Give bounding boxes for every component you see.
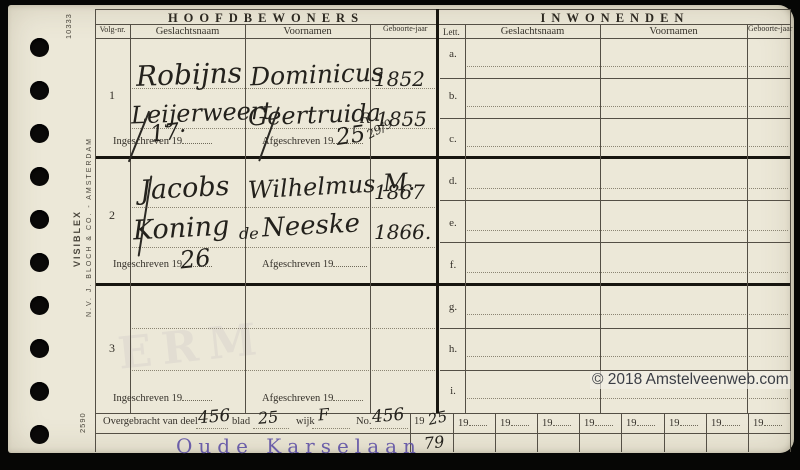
footer-cell-line [621, 413, 622, 452]
writing-line [467, 314, 788, 315]
dotted-leader [333, 257, 367, 267]
form-number-top: 10333 [64, 13, 73, 39]
lett-row-c: c. [442, 133, 464, 145]
column-line [130, 24, 131, 413]
year-cell-label: 19 [669, 418, 680, 429]
col-lett: Lett. [443, 27, 460, 37]
col-voornamen-right: Voornamen [600, 26, 747, 37]
section-divider [95, 283, 790, 286]
year-cell-label: 19 [753, 418, 764, 429]
dotted-leader [511, 416, 529, 426]
lett-row-d: d. [442, 175, 464, 187]
afgeschreven-field: Afgeschreven 19 [262, 391, 363, 404]
section-divider [95, 156, 790, 159]
dotted-leader [637, 416, 655, 426]
entry-year: 1867 [374, 180, 425, 204]
footer-cell-line [748, 413, 749, 452]
overgebracht-label: Overgebracht van deel [103, 416, 198, 427]
year-cell: 19 [669, 416, 698, 429]
rule [95, 9, 790, 10]
dotted-leader [764, 416, 782, 426]
volgnr-2: 2 [97, 208, 127, 223]
footer-cell-line [537, 413, 538, 452]
col-geslachtsnaam-right: Geslachtsnaam [465, 26, 600, 37]
column-line [747, 24, 748, 413]
year-cell-prefix: 19 [414, 416, 425, 427]
dotted-leader [680, 416, 698, 426]
footer-cell-line [579, 413, 580, 452]
entry-surname: Koning [132, 210, 230, 246]
brand-company: N.V. J. BLOCH & CO. - AMSTERDAM [86, 137, 93, 317]
center-divider [436, 9, 439, 413]
dotted-leader [722, 416, 740, 426]
year-cell: 19 [753, 416, 782, 429]
writing-line [467, 66, 788, 67]
footer-cell-line [495, 413, 496, 452]
dotted-leader [595, 416, 613, 426]
punch-hole [30, 210, 49, 229]
column-line [465, 24, 466, 413]
no-value: 456 [371, 405, 405, 428]
lett-row-h: h. [442, 343, 464, 355]
afgeschreven-field: Afgeschreven 19 [262, 257, 367, 270]
writing-line [467, 230, 788, 231]
year-cell-label: 19 [626, 418, 637, 429]
wijk-value: F [317, 405, 330, 425]
lett-row-f: f. [442, 259, 464, 271]
writing-line [467, 398, 788, 399]
dotted-leader [196, 428, 228, 429]
dotted-leader [553, 416, 571, 426]
afgeschreven-note-letter: R [360, 111, 371, 127]
entry-prefix: de [239, 224, 259, 243]
writing-line [467, 356, 788, 357]
writing-line [467, 106, 788, 107]
entry-surname: Jacobs [139, 171, 230, 207]
lett-row-g: g. [442, 301, 464, 313]
wijk-label: wijk [296, 416, 315, 427]
year-cell-label: 19 [500, 418, 511, 429]
punch-hole [30, 167, 49, 186]
year-cell: 19 [711, 416, 740, 429]
rule [440, 118, 790, 119]
blad-label: blad [232, 416, 250, 427]
brand-name: VISIBLEX [72, 210, 82, 267]
year-cell: 19 [458, 416, 487, 429]
blad-value: 25 [257, 407, 279, 428]
col-geslachtsnaam-left: Geslachtsnaam [130, 26, 245, 37]
afgeschreven-label: Afgeschreven 19 [262, 393, 333, 404]
writing-line [467, 146, 788, 147]
lett-row-a: a. [442, 48, 464, 60]
dotted-leader [312, 428, 350, 429]
form-number-bottom: 2590 [78, 412, 87, 433]
scanned-register-card-screenshot: 10333 2590 VISIBLEX N.V. J. BLOCH & CO. … [0, 0, 800, 470]
entry-year: 1866. [374, 220, 431, 244]
dotted-leader [253, 428, 289, 429]
rule [440, 328, 790, 329]
punch-hole [30, 81, 49, 100]
col-geboortejaar-left: Geboorte-jaar [383, 24, 425, 34]
year-cell: 19 [500, 416, 529, 429]
entry-firstnames: Dominicus [250, 58, 385, 92]
lett-row-b: b. [442, 90, 464, 102]
lett-row-e: e. [442, 217, 464, 229]
ingeschreven-label: Ingeschreven 19 [113, 393, 182, 404]
house-number: 79 [423, 432, 445, 453]
year-cell-value: 25 [426, 407, 448, 429]
punch-hole [30, 339, 49, 358]
afgeschreven-label: Afgeschreven 19 [262, 136, 333, 147]
year-cell-label: 19 [458, 418, 469, 429]
afgeschreven-label: Afgeschreven 19 [262, 259, 333, 270]
ingeschreven-value: 26 [179, 243, 212, 274]
punch-hole [30, 425, 49, 444]
dotted-leader [182, 391, 212, 401]
inwonenden-title: INWONENDEN [440, 11, 790, 26]
ingeschreven-label: Ingeschreven 19 [113, 259, 182, 270]
lett-row-i: i. [442, 385, 464, 397]
punch-hole [30, 296, 49, 315]
writing-line [130, 370, 437, 371]
no-label: No. [356, 416, 371, 427]
deel-value: 456 [197, 406, 231, 429]
rule [440, 200, 790, 201]
entry-surname: Robijns [135, 56, 242, 93]
entry-year: 1852 [374, 67, 425, 91]
ingeschreven-value: 17· [149, 118, 188, 148]
writing-line [130, 247, 437, 248]
year-cell-label: 19 [584, 418, 595, 429]
rule [440, 78, 790, 79]
punch-hole [30, 253, 49, 272]
column-line [600, 24, 601, 413]
rule [440, 242, 790, 243]
footer-cell-line [453, 413, 454, 452]
entry-firstnames: Neeske [261, 208, 360, 243]
year-cell: 19 [542, 416, 571, 429]
col-geboortejaar-right: Geboorte-jaar [748, 24, 788, 34]
writing-line [467, 272, 788, 273]
year-cell: 19 [584, 416, 613, 429]
col-volgnr: Volg-nr. [95, 25, 130, 35]
register-card: 10333 2590 VISIBLEX N.V. J. BLOCH & CO. … [8, 5, 794, 453]
volgnr-3: 3 [97, 341, 127, 356]
dotted-leader [370, 428, 408, 429]
punch-hole [30, 382, 49, 401]
footer-cell-line [664, 413, 665, 452]
table-border [95, 9, 96, 452]
dotted-leader [333, 391, 363, 401]
writing-line [130, 207, 437, 208]
copyright-watermark: © 2018 Amstelveenweb.com [590, 371, 791, 389]
year-cell: 19 [626, 416, 655, 429]
column-line [245, 24, 246, 413]
volgnr-1: 1 [97, 88, 127, 103]
writing-line [130, 328, 437, 329]
year-cell-label: 19 [711, 418, 722, 429]
col-voornamen-left: Voornamen [245, 26, 370, 37]
dotted-leader [469, 416, 487, 426]
punch-hole [30, 124, 49, 143]
rule [95, 38, 790, 39]
year-cell-label: 19 [542, 418, 553, 429]
writing-line [467, 188, 788, 189]
street-stamp: Oude Karselaan [176, 434, 422, 458]
ingeschreven-field: Ingeschreven 19 [113, 391, 212, 404]
punch-hole [30, 38, 49, 57]
footer-cell-line [706, 413, 707, 452]
